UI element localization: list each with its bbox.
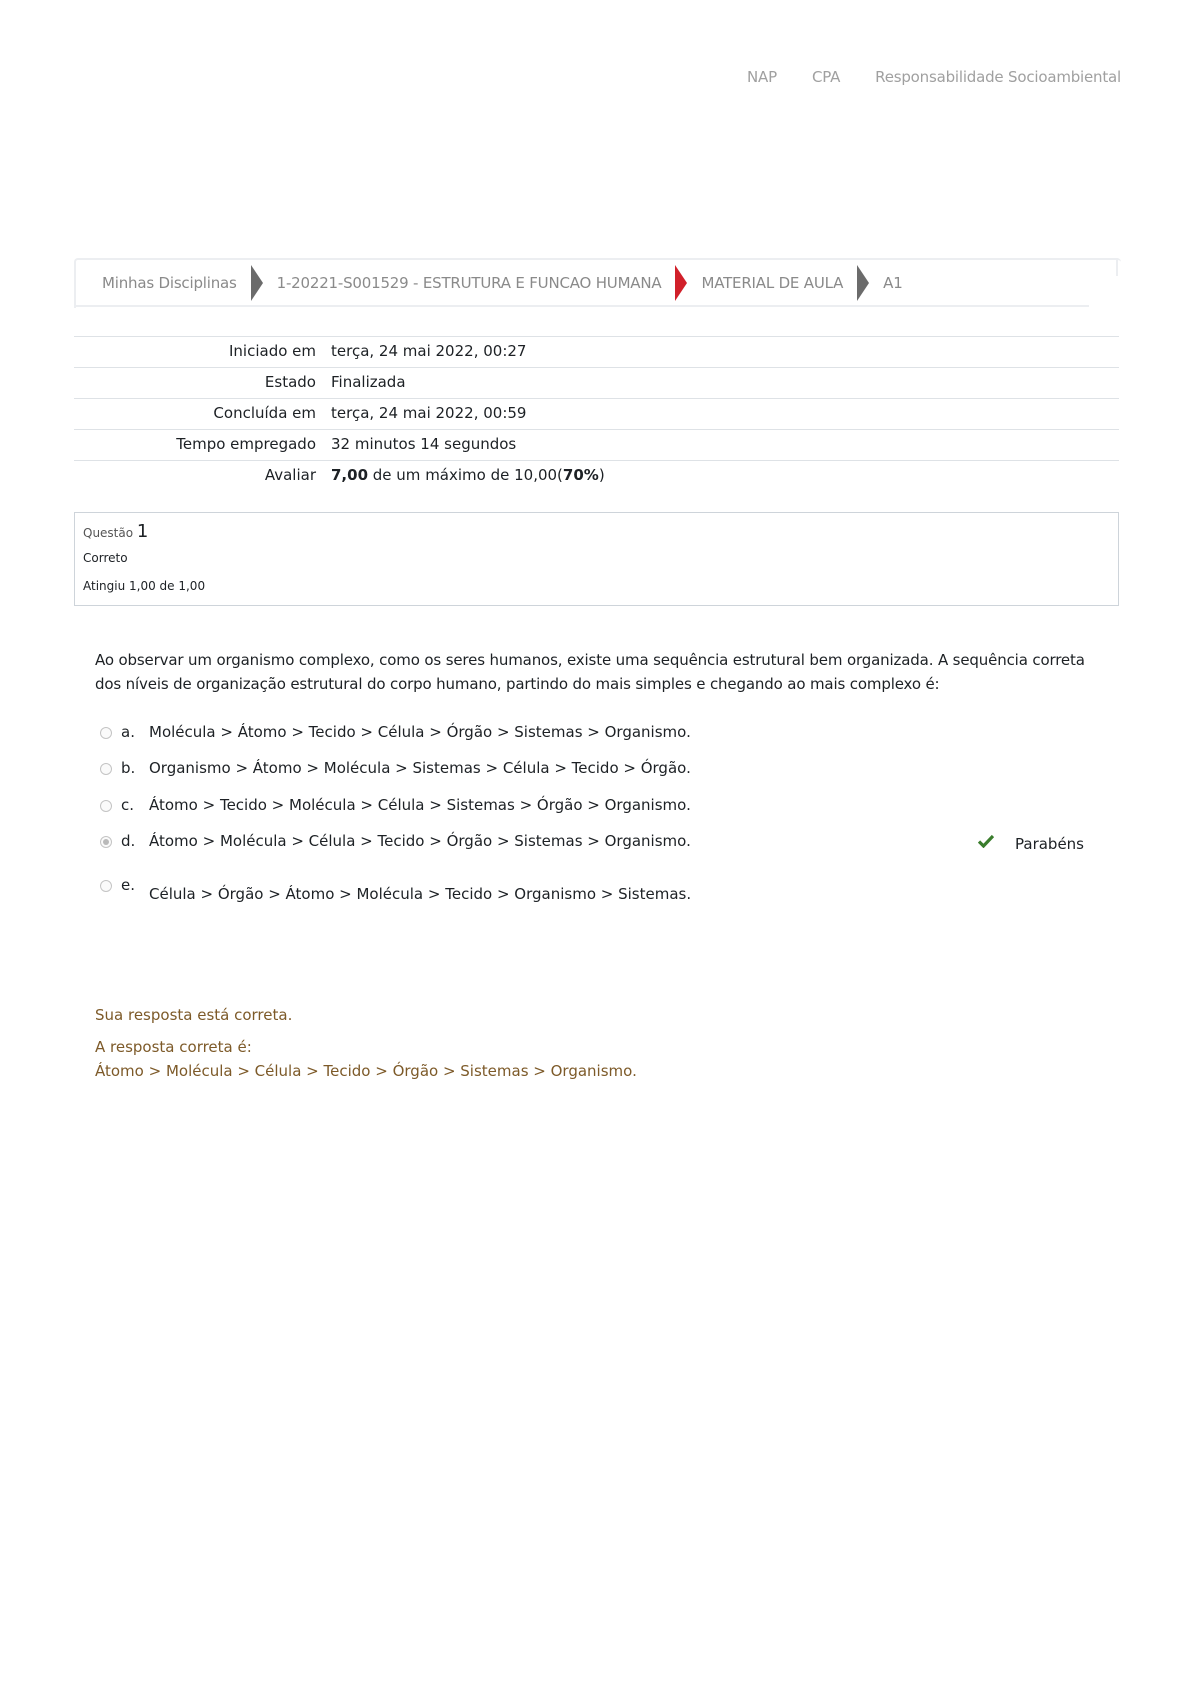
summary-label: Estado [74, 368, 324, 399]
nav-link-cpa[interactable]: CPA [812, 68, 840, 86]
answer-option-a[interactable]: a. Molécula > Átomo > Tecido > Célula > … [100, 723, 691, 741]
answer-option-b[interactable]: b. Organismo > Átomo > Molécula > Sistem… [100, 759, 691, 777]
answer-feedback: Parabéns [1015, 835, 1084, 853]
question-number: Questão 1 [83, 521, 148, 542]
question-text: Ao observar um organismo complexo, como … [95, 648, 1105, 696]
attempt-summary: Iniciado em terça, 24 mai 2022, 00:27 Es… [74, 336, 1119, 491]
top-navigation: NAP CPA Responsabilidade Socioambiental [747, 68, 1121, 86]
radio-button[interactable] [100, 727, 112, 739]
question-prefix: Questão [83, 526, 133, 540]
breadcrumb-frame-edge [1116, 258, 1118, 276]
summary-row: Estado Finalizada [74, 368, 1119, 399]
breadcrumb-underline [76, 305, 1089, 307]
breadcrumb-arrow-icon [857, 265, 869, 301]
breadcrumb-arrow-icon [675, 265, 687, 301]
question-state: Correto [83, 551, 128, 565]
summary-label: Iniciado em [74, 337, 324, 368]
radio-button-selected[interactable] [100, 836, 112, 848]
right-answer: Átomo > Molécula > Célula > Tecido > Órg… [95, 1059, 637, 1083]
question-number-value: 1 [137, 521, 148, 542]
breadcrumb: Minhas Disciplinas 1-20221-S001529 - EST… [102, 272, 903, 294]
breadcrumb-course[interactable]: 1-20221-S001529 - ESTRUTURA E FUNCAO HUM… [277, 274, 662, 292]
summary-value: 32 minutos 14 segundos [324, 430, 1119, 461]
breadcrumb-minhas-disciplinas[interactable]: Minhas Disciplinas [102, 274, 237, 292]
summary-grade-value: 7,00 de um máximo de 10,00(70%) [324, 461, 1119, 492]
radio-button[interactable] [100, 763, 112, 775]
radio-button[interactable] [100, 880, 112, 892]
grade-percent: 70% [563, 466, 599, 484]
nav-link-responsabilidade[interactable]: Responsabilidade Socioambiental [875, 68, 1121, 86]
grade-middle: de um máximo de 10,00( [368, 466, 563, 484]
answer-text: Célula > Órgão > Átomo > Molécula > Teci… [149, 885, 691, 903]
breadcrumb-arrow-icon [251, 265, 263, 301]
nav-link-nap[interactable]: NAP [747, 68, 777, 86]
summary-value: terça, 24 mai 2022, 00:59 [324, 399, 1119, 430]
answer-text: Átomo > Molécula > Célula > Tecido > Órg… [149, 832, 691, 850]
answer-text: Átomo > Tecido > Molécula > Célula > Sis… [149, 796, 691, 814]
grade-end: ) [599, 466, 605, 484]
breadcrumb-material[interactable]: MATERIAL DE AULA [701, 274, 843, 292]
answer-letter: b. [121, 759, 149, 777]
question-grade: Atingiu 1,00 de 1,00 [83, 579, 205, 593]
question-info-box: Questão 1 Correto Atingiu 1,00 de 1,00 [74, 512, 1119, 606]
summary-value: terça, 24 mai 2022, 00:27 [324, 337, 1119, 368]
breadcrumb-a1[interactable]: A1 [883, 274, 902, 292]
answer-text: Molécula > Átomo > Tecido > Célula > Órg… [149, 723, 691, 741]
grade-score: 7,00 [331, 466, 368, 484]
correct-message: Sua resposta está correta. [95, 1003, 292, 1027]
summary-row: Iniciado em terça, 24 mai 2022, 00:27 [74, 337, 1119, 368]
answer-letter: d. [121, 832, 149, 850]
summary-row-grade: Avaliar 7,00 de um máximo de 10,00(70%) [74, 461, 1119, 492]
summary-label: Avaliar [74, 461, 324, 492]
answer-letter: c. [121, 796, 149, 814]
answer-letter: e. [121, 876, 149, 894]
answer-text: Organismo > Átomo > Molécula > Sistemas … [149, 759, 691, 777]
radio-button[interactable] [100, 800, 112, 812]
answer-option-d[interactable]: d. Átomo > Molécula > Célula > Tecido > … [100, 832, 691, 850]
summary-label: Tempo empregado [74, 430, 324, 461]
summary-label: Concluída em [74, 399, 324, 430]
answer-option-e[interactable]: e. Célula > Órgão > Átomo > Molécula > T… [100, 876, 691, 903]
answer-option-c[interactable]: c. Átomo > Tecido > Molécula > Célula > … [100, 796, 691, 814]
summary-value: Finalizada [324, 368, 1119, 399]
right-answer-label: A resposta correta é: [95, 1035, 252, 1059]
check-icon [978, 834, 994, 848]
summary-row: Concluída em terça, 24 mai 2022, 00:59 [74, 399, 1119, 430]
answer-letter: a. [121, 723, 149, 741]
summary-row: Tempo empregado 32 minutos 14 segundos [74, 430, 1119, 461]
